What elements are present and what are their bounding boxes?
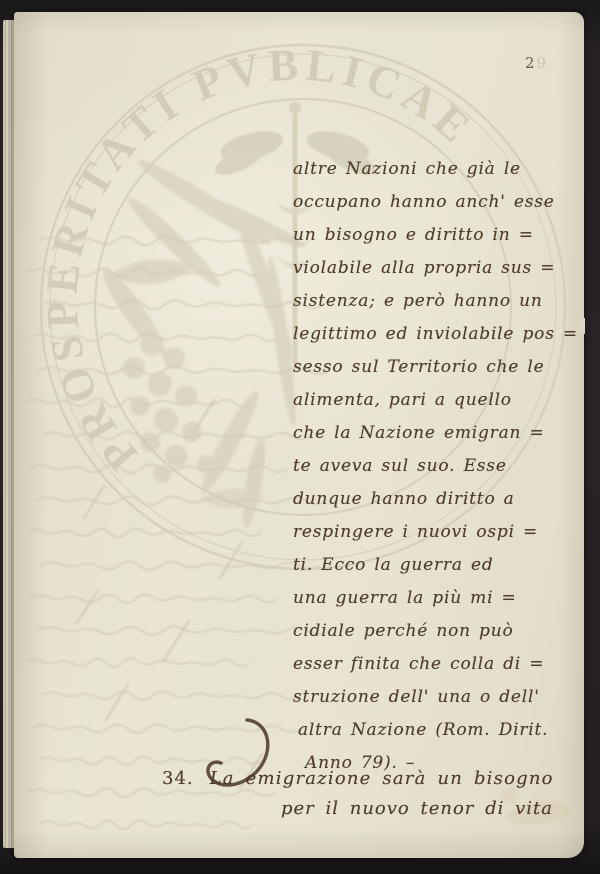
page-number-faint-digit: 9: [537, 54, 549, 72]
item-text-line: per il nuovo tenor di vita: [281, 798, 553, 819]
manuscript-line: ti. Ecco la guerra ed: [293, 549, 581, 582]
manuscript-line: te aveva sul suo. Esse: [293, 450, 581, 483]
item-number: 34.: [162, 768, 194, 789]
manuscript-line: legittimo ed inviolabile pos =: [293, 318, 581, 351]
manuscript-line: struzione dell' una o dell': [293, 681, 581, 714]
manuscript-line: altre Nazioni che già le: [293, 153, 581, 186]
page-number-dark-digit: 2: [525, 54, 537, 72]
manuscript-line: un bisogno e diritto in =: [293, 219, 581, 252]
manuscript-line: violabile alla propria sus =: [293, 252, 581, 285]
manuscript-line: occupano hanno anch' esse: [293, 186, 581, 219]
manuscript-line: sistenza; e però hanno un: [293, 285, 581, 318]
item-text-line: La emigrazione sarà un bisogno: [210, 768, 554, 789]
page-number: 29: [525, 54, 548, 72]
manuscript-line: alimenta, pari a quello: [293, 384, 581, 417]
manuscript-line: dunque hanno diritto a: [293, 483, 581, 516]
manuscript-line: sesso sul Territorio che le: [293, 351, 581, 384]
manuscript-line: esser finita che colla di =: [293, 648, 581, 681]
manuscript-line: cidiale perché non può: [293, 615, 581, 648]
manuscript-text-block: altre Nazioni che già le occupano hanno …: [293, 153, 581, 780]
scan-background: PROSPERITATI PVBLICAE: [0, 0, 600, 874]
manuscript-line: respingere i nuovi ospi =: [293, 516, 581, 549]
manuscript-page: PROSPERITATI PVBLICAE: [14, 12, 584, 858]
manuscript-line: una guerra la più mi =: [293, 582, 581, 615]
page-edge-chip: [579, 318, 585, 334]
item-34-row: 34.La emigrazione sarà un bisogno: [162, 768, 554, 789]
manuscript-line: che la Nazione emigran =: [293, 417, 581, 450]
manuscript-line-citation: altra Nazione (Rom. Dirit.: [298, 714, 581, 747]
